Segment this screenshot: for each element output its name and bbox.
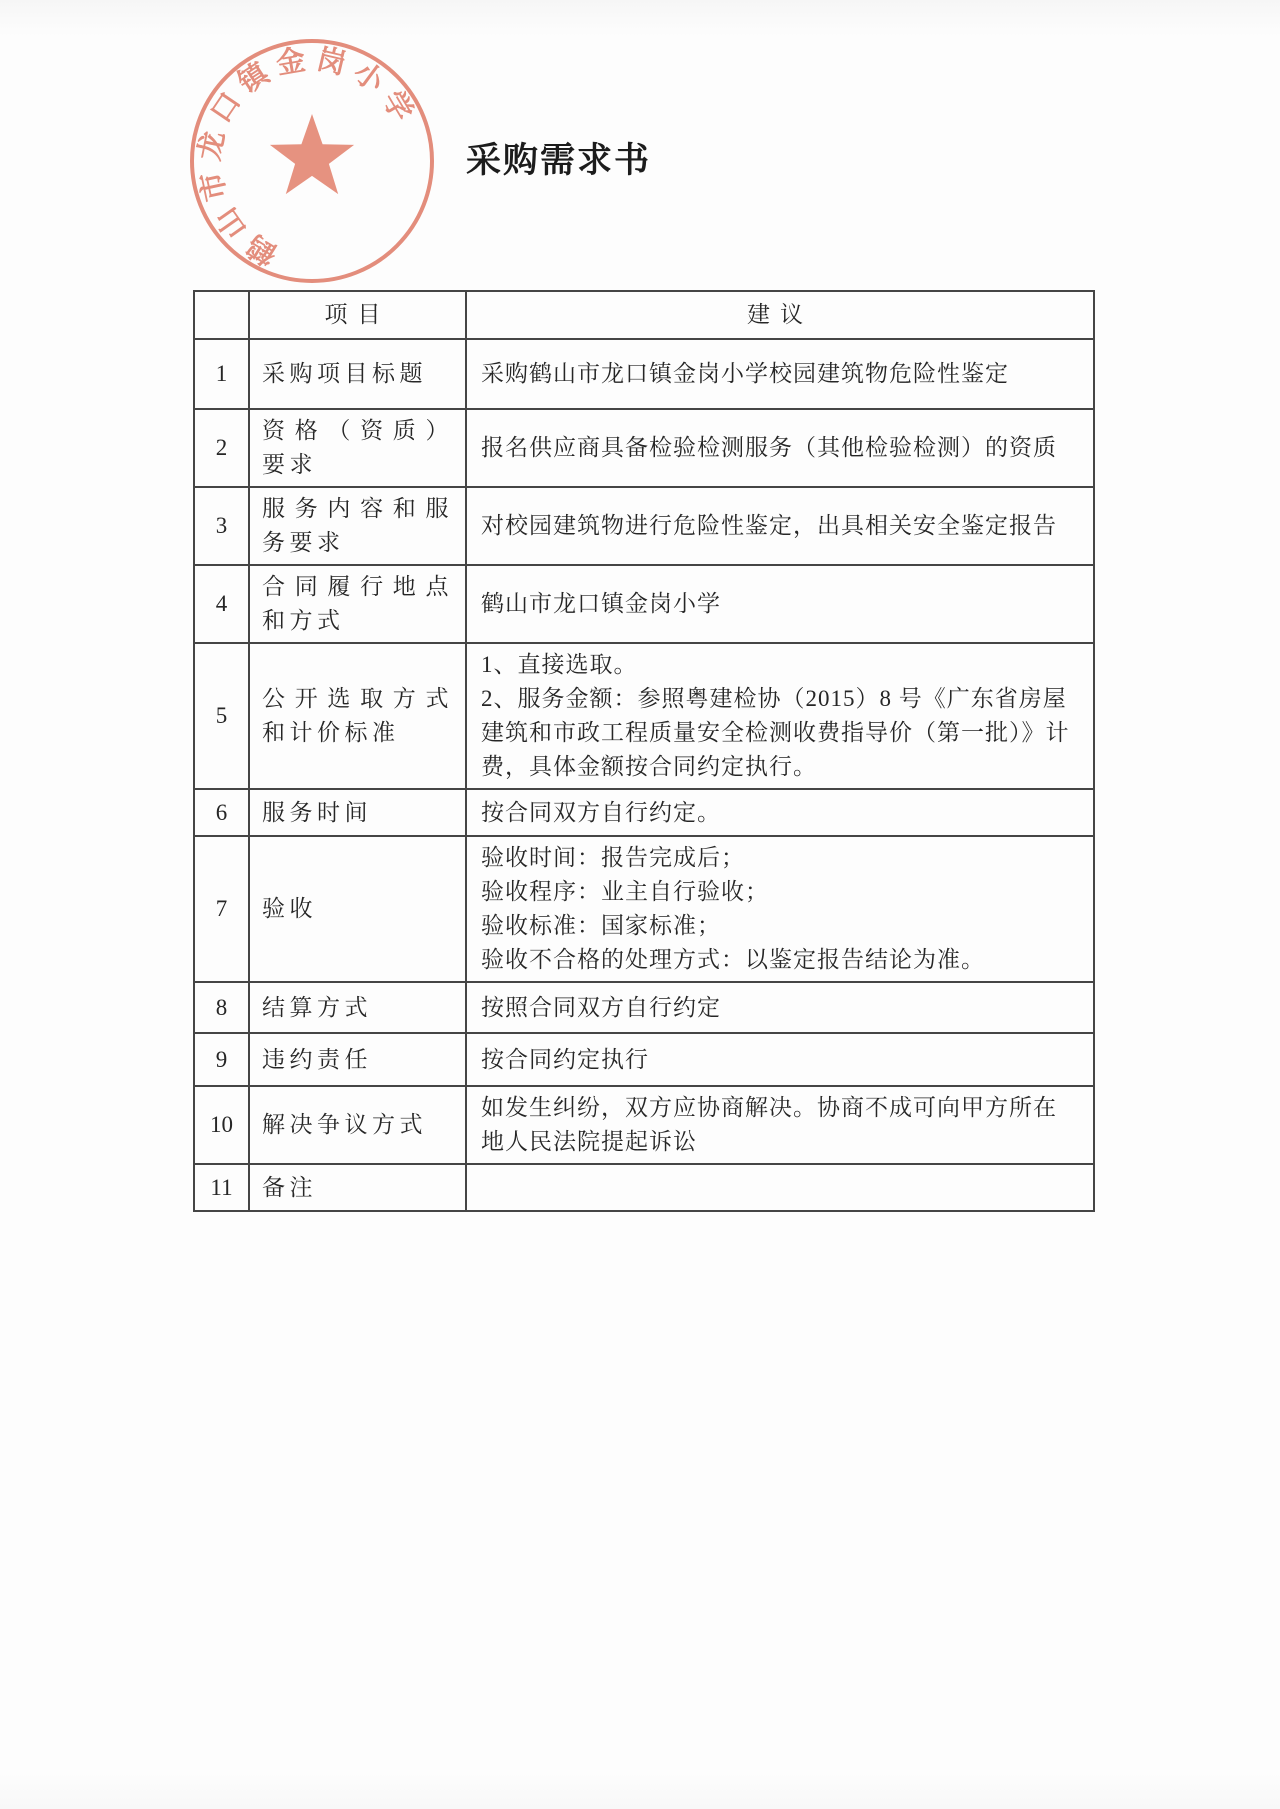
item-cell: 服务时间 — [249, 789, 466, 836]
header-item-cell: 项目 — [249, 291, 466, 339]
seal-text: 鹤山市龙口镇金岗小学 — [193, 41, 423, 272]
suggestion-cell: 鹤山市龙口镇金岗小学 — [466, 565, 1094, 643]
suggestion-cell: 按合同双方自行约定。 — [466, 789, 1094, 836]
row-number-cell: 4 — [194, 565, 249, 643]
suggestion-cell: 1、直接选取。 2、服务金额：参照粤建检协（2015）8 号《广东省房屋建筑和市… — [466, 643, 1094, 789]
suggestion-cell: 对校园建筑物进行危险性鉴定，出具相关安全鉴定报告 — [466, 487, 1094, 565]
table-row: 1 采购项目标题 采购鹤山市龙口镇金岗小学校园建筑物危险性鉴定 — [194, 339, 1094, 409]
item-cell: 结算方式 — [249, 982, 466, 1033]
row-number-cell: 1 — [194, 339, 249, 409]
requirements-table: 项目 建议 1 采购项目标题 采购鹤山市龙口镇金岗小学校园建筑物危险性鉴定 2 … — [193, 290, 1095, 1212]
seal-star-icon — [270, 114, 354, 194]
school-seal-stamp: 鹤山市龙口镇金岗小学 — [186, 36, 438, 288]
item-cell: 备注 — [249, 1164, 466, 1211]
table-row: 4 合同履行地点和方式 鹤山市龙口镇金岗小学 — [194, 565, 1094, 643]
table-row: 8 结算方式 按照合同双方自行约定 — [194, 982, 1094, 1033]
table-row: 2 资格（资质）要求 报名供应商具备检验检测服务（其他检验检测）的资质 — [194, 409, 1094, 487]
row-number-cell: 3 — [194, 487, 249, 565]
item-cell: 公开选取方式和计价标准 — [249, 643, 466, 789]
item-cell: 解决争议方式 — [249, 1086, 466, 1164]
row-number-cell: 7 — [194, 836, 249, 982]
seal-ring — [192, 41, 432, 281]
row-number-cell: 11 — [194, 1164, 249, 1211]
table-row: 6 服务时间 按合同双方自行约定。 — [194, 789, 1094, 836]
table-row: 9 违约责任 按合同约定执行 — [194, 1033, 1094, 1086]
table-header-row: 项目 建议 — [194, 291, 1094, 339]
item-cell: 违约责任 — [249, 1033, 466, 1086]
header-empty-cell — [194, 291, 249, 339]
row-number-cell: 8 — [194, 982, 249, 1033]
table-row: 10 解决争议方式 如发生纠纷，双方应协商解决。协商不成可向甲方所在地人民法院提… — [194, 1086, 1094, 1164]
header-suggestion-cell: 建议 — [466, 291, 1094, 339]
suggestion-cell: 验收时间：报告完成后； 验收程序：业主自行验收； 验收标准：国家标准； 验收不合… — [466, 836, 1094, 982]
suggestion-cell: 采购鹤山市龙口镇金岗小学校园建筑物危险性鉴定 — [466, 339, 1094, 409]
suggestion-cell: 报名供应商具备检验检测服务（其他检验检测）的资质 — [466, 409, 1094, 487]
suggestion-cell: 如发生纠纷，双方应协商解决。协商不成可向甲方所在地人民法院提起诉讼 — [466, 1086, 1094, 1164]
page-title: 采购需求书 — [466, 133, 651, 183]
document-page: 鹤山市龙口镇金岗小学 采购需求书 项目 建议 1 采购项目标题 采购鹤山市龙口镇… — [0, 0, 1280, 1809]
row-number-cell: 10 — [194, 1086, 249, 1164]
row-number-cell: 5 — [194, 643, 249, 789]
table-row: 11 备注 — [194, 1164, 1094, 1211]
item-cell: 验收 — [249, 836, 466, 982]
table-row: 5 公开选取方式和计价标准 1、直接选取。 2、服务金额：参照粤建检协（2015… — [194, 643, 1094, 789]
row-number-cell: 6 — [194, 789, 249, 836]
item-cell: 合同履行地点和方式 — [249, 565, 466, 643]
item-cell: 服务内容和服务要求 — [249, 487, 466, 565]
row-number-cell: 2 — [194, 409, 249, 487]
suggestion-cell: 按合同约定执行 — [466, 1033, 1094, 1086]
suggestion-cell: 按照合同双方自行约定 — [466, 982, 1094, 1033]
suggestion-cell — [466, 1164, 1094, 1211]
row-number-cell: 9 — [194, 1033, 249, 1086]
item-cell: 采购项目标题 — [249, 339, 466, 409]
table-row: 7 验收 验收时间：报告完成后； 验收程序：业主自行验收； 验收标准：国家标准；… — [194, 836, 1094, 982]
item-cell: 资格（资质）要求 — [249, 409, 466, 487]
table-row: 3 服务内容和服务要求 对校园建筑物进行危险性鉴定，出具相关安全鉴定报告 — [194, 487, 1094, 565]
